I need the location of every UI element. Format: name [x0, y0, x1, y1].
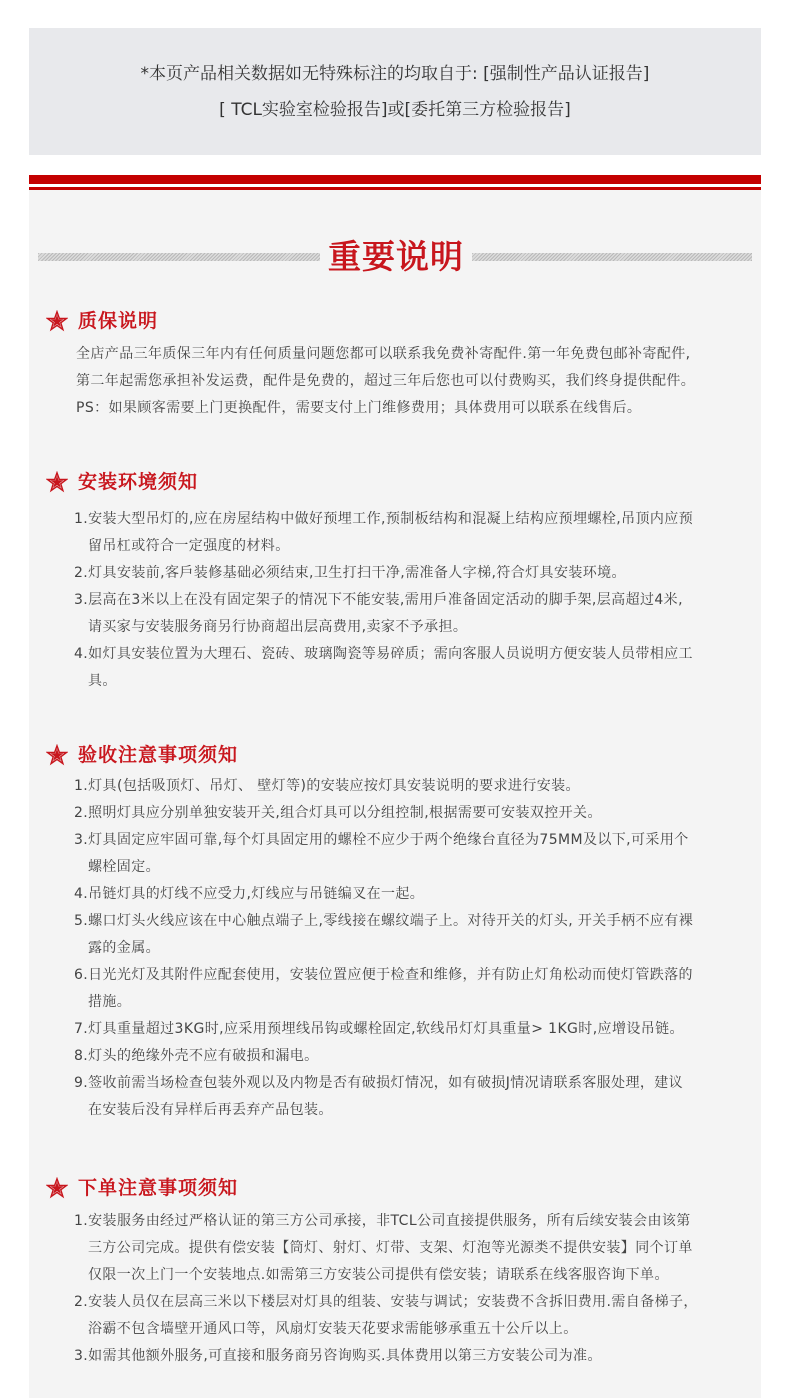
- list-item-text: 2.照明灯具应分别单独安装开关,组合灯具可以分组控制,根据需要可安装双控开关。: [74, 805, 602, 821]
- paragraph: 第二年起需您承担补发运费，配件是免费的，超过三年后您也可以付费购买，我们终身提供…: [76, 368, 746, 395]
- paragraph: PS：如果顾客需要上门更换配件，需要支付上门维修费用；具体费用可以联系在线售后。: [76, 395, 746, 422]
- list-item-text: 1.安装服务由经过严格认证的第三方公司承接，非TCL公司直接提供服务，所有后续安…: [74, 1213, 691, 1229]
- list-item: 3.灯具固定应牢固可靠,每个灯具固定用的螺栓不应少于两个绝缘台直径为75MM及以…: [74, 827, 746, 881]
- section-header: 下单注意事项须知: [46, 1174, 746, 1204]
- section-header: 质保说明: [46, 307, 746, 337]
- list-item-text: 1.灯具(包括吸顶灯、吊灯、 壁灯等)的安装应按灯具安装说明的要求进行安装。: [74, 778, 580, 794]
- divider-bar-thick: [29, 175, 761, 184]
- list-item-continuation: 露的金属。: [74, 935, 746, 962]
- list-item-continuation: 三方公司完成。提供有偿安装【筒灯、射灯、灯带、支架、灯泡等光源类不提供安装】同个…: [74, 1235, 746, 1262]
- list-item-text: 6.日光光灯及其附件应配套使用，安装位置应便于检查和维修，并有防止灯角松动而使灯…: [74, 967, 693, 983]
- page-title: 重要说明: [320, 236, 472, 278]
- notice-line-1: *本页产品相关数据如无特殊标注的均取自于: [强制性产品认证报告]: [29, 62, 761, 86]
- star-icon: [46, 310, 68, 332]
- list-item: 5.螺口灯头火线应该在中心触点端子上,零线接在螺纹端子上。对待开关的灯头, 开关…: [74, 908, 746, 962]
- star-icon: [46, 471, 68, 493]
- list-item: 2.照明灯具应分别单独安装开关,组合灯具可以分组控制,根据需要可安装双控开关。: [74, 800, 746, 827]
- list-item: 3.层高在3米以上在没有固定架子的情况下不能安装,需用戶准备固定活动的脚手架,层…: [74, 587, 746, 641]
- list-item: 4.吊链灯具的灯线不应受力,灯线应与吊链编叉在一起。: [74, 881, 746, 908]
- list-item-text: 3.层高在3米以上在没有固定架子的情况下不能安装,需用戶准备固定活动的脚手架,层…: [74, 592, 683, 608]
- list-item-continuation: 螺栓固定。: [74, 854, 746, 881]
- list-item-text: 9.签收前需当场检查包装外观以及内物是否有破损灯情况，如有破损J情况请联系客服处…: [74, 1075, 683, 1091]
- list-item: 3.如需其他额外服务,可直接和服务商另咨询购买.具体费用以第三方安装公司为准。: [74, 1343, 746, 1370]
- section-header: 安装环境须知: [46, 468, 746, 498]
- notice-line-2: [ TCL实验室检验报告]或[委托第三方检验报告]: [29, 98, 761, 122]
- section-title: 质保说明: [78, 307, 158, 335]
- list-item: 8.灯头的绝缘外壳不应有破损和漏电。: [74, 1043, 746, 1070]
- list-item: 6.日光光灯及其附件应配套使用，安装位置应便于检查和维修，并有防止灯角松动而使灯…: [74, 962, 746, 1016]
- section-install-environment: 安装环境须知 1.安装大型吊灯的,应在房屋结构中做好预埋工作,预制板结构和混凝上…: [46, 468, 746, 695]
- section-title: 验收注意事项须知: [78, 741, 238, 769]
- section-warranty: 质保说明 全店产品三年质保三年内有任何质量问题您都可以联系我免费补寄配件.第一年…: [46, 307, 746, 422]
- list-item: 4.如灯具安装位置为大理石、瓷砖、玻璃陶瓷等易碎质；需向客服人员说明方便安装人员…: [74, 641, 746, 695]
- title-rule-right: [472, 253, 752, 261]
- section-ordering: 下单注意事项须知 1.安装服务由经过严格认证的第三方公司承接，非TCL公司直接提…: [46, 1174, 746, 1370]
- list-item-continuation: 措施。: [74, 989, 746, 1016]
- list-item-text: 7.灯具重量超过3KG时,应采用预埋线吊钩或螺栓固定,软线吊灯灯具重量> 1KG…: [74, 1021, 684, 1037]
- list-item-text: 4.吊链灯具的灯线不应受力,灯线应与吊链编叉在一起。: [74, 886, 424, 902]
- list-item: 7.灯具重量超过3KG时,应采用预埋线吊钩或螺栓固定,软线吊灯灯具重量> 1KG…: [74, 1016, 746, 1043]
- title-rule-left: [38, 253, 320, 261]
- list-item: 1.灯具(包括吸顶灯、吊灯、 壁灯等)的安装应按灯具安装说明的要求进行安装。: [74, 773, 746, 800]
- list-item: 1.安装大型吊灯的,应在房屋结构中做好预埋工作,预制板结构和混凝上结构应预埋螺栓…: [74, 506, 746, 560]
- section-title: 安装环境须知: [78, 468, 198, 496]
- star-icon: [46, 1177, 68, 1199]
- list-item-continuation: 仅限一次上门一个安装地点.如需第三方安装公司提供有偿安装；请联系在线客服咨询下单…: [74, 1262, 746, 1289]
- star-icon: [46, 744, 68, 766]
- section-acceptance: 验收注意事项须知 1.灯具(包括吸顶灯、吊灯、 壁灯等)的安装应按灯具安装说明的…: [46, 741, 746, 1124]
- list-item-continuation: 在安装后没有异样后再丢弃产品包装。: [74, 1097, 746, 1124]
- list-item-text: 2.安装人员仅在层高三米以下楼层对灯具的组装、安装与调试；安装费不含拆旧费用.需…: [74, 1294, 698, 1310]
- list-item: 1.安装服务由经过严格认证的第三方公司承接，非TCL公司直接提供服务，所有后续安…: [74, 1208, 746, 1289]
- list-item: 2.安装人员仅在层高三米以下楼层对灯具的组装、安装与调试；安装费不含拆旧费用.需…: [74, 1289, 746, 1343]
- list-item: 9.签收前需当场检查包装外观以及内物是否有破损灯情况，如有破损J情况请联系客服处…: [74, 1070, 746, 1124]
- list-item-continuation: 具。: [74, 668, 746, 695]
- list-item: 2.灯具安装前,客戶装修基础必须结束,卫生打扫干净,需准备人字梯,符合灯具安装环…: [74, 560, 746, 587]
- section-title: 下单注意事项须知: [78, 1174, 238, 1202]
- section-header: 验收注意事项须知: [46, 741, 746, 771]
- list-item-text: 1.安装大型吊灯的,应在房屋结构中做好预埋工作,预制板结构和混凝上结构应预埋螺栓…: [74, 511, 693, 527]
- list-item-text: 3.灯具固定应牢固可靠,每个灯具固定用的螺栓不应少于两个绝缘台直径为75MM及以…: [74, 832, 689, 848]
- data-source-notice: *本页产品相关数据如无特殊标注的均取自于: [强制性产品认证报告] [ TCL实…: [29, 28, 761, 155]
- list-item-text: 4.如灯具安装位置为大理石、瓷砖、玻璃陶瓷等易碎质；需向客服人员说明方便安装人员…: [74, 646, 693, 662]
- paragraph: 全店产品三年质保三年内有任何质量问题您都可以联系我免费补寄配件.第一年免费包邮补…: [76, 341, 746, 368]
- list-item-continuation: 请买家与安装服务商另行协商超出层高费用,卖家不予承担。: [74, 614, 746, 641]
- list-item-text: 8.灯头的绝缘外壳不应有破损和漏电。: [74, 1048, 319, 1064]
- list-item-continuation: 浴霸不包含墙壁开通风口等，风扇灯安装天花要求需能够承重五十公斤以上。: [74, 1316, 746, 1343]
- list-item-text: 3.如需其他额外服务,可直接和服务商另咨询购买.具体费用以第三方安装公司为准。: [74, 1348, 602, 1364]
- list-item-text: 5.螺口灯头火线应该在中心触点端子上,零线接在螺纹端子上。对待开关的灯头, 开关…: [74, 913, 693, 929]
- list-item-continuation: 留吊杠或符合一定强度的材料。: [74, 533, 746, 560]
- list-item-text: 2.灯具安装前,客戶装修基础必须结束,卫生打扫干净,需准备人字梯,符合灯具安装环…: [74, 565, 626, 581]
